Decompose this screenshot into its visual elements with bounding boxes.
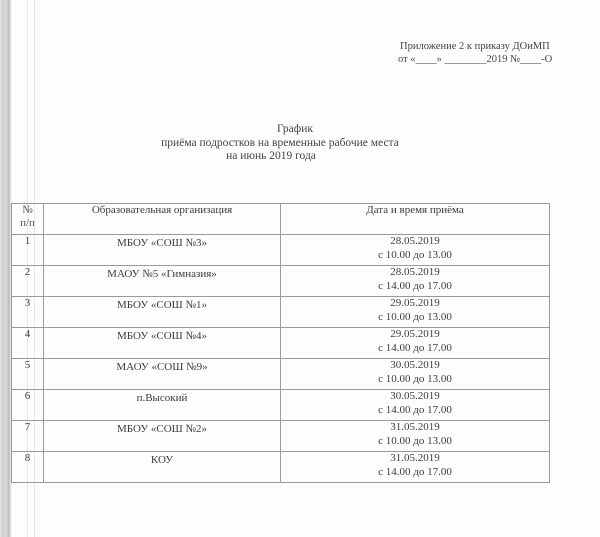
table-row: 1МБОУ «СОШ №3»28.05.2019с 10.00 до 13.00 xyxy=(12,235,550,266)
row-datetime: 30.05.2019с 14.00 до 17.00 xyxy=(281,390,550,421)
table-row: 4МБОУ «СОШ №4»29.05.2019с 14.00 до 17.00 xyxy=(12,328,550,359)
schedule-table: № п/п Образовательная организация Дата и… xyxy=(11,203,550,483)
title-line-3: на июнь 2019 года xyxy=(0,150,600,164)
row-number: 2 xyxy=(12,266,44,297)
row-time: с 14.00 до 17.00 xyxy=(281,280,549,294)
row-date: 28.05.2019 xyxy=(281,235,549,249)
row-datetime: 31.05.2019с 14.00 до 17.00 xyxy=(281,452,550,483)
header-number-line-2: п/п xyxy=(12,217,43,230)
row-datetime: 31.05.2019с 10.00 до 13.00 xyxy=(281,421,550,452)
row-number: 4 xyxy=(12,328,44,359)
appendix-line-1: Приложение 2 к приказу ДОиМП xyxy=(398,40,552,53)
document-title: График приёма подростков на временные ра… xyxy=(0,123,600,164)
row-organization: КОУ xyxy=(44,452,281,483)
row-organization: п.Высокий xyxy=(44,390,281,421)
row-number: 5 xyxy=(12,359,44,390)
table-row: 3МБОУ «СОШ №1»29.05.2019с 10.00 до 13.00 xyxy=(12,297,550,328)
table-row: 8КОУ31.05.2019с 14.00 до 17.00 xyxy=(12,452,550,483)
table-header-row: № п/п Образовательная организация Дата и… xyxy=(12,204,550,235)
row-date: 30.05.2019 xyxy=(281,359,549,373)
row-organization: МБОУ «СОШ №4» xyxy=(44,328,281,359)
row-date: 28.05.2019 xyxy=(281,266,549,280)
row-date: 31.05.2019 xyxy=(281,421,549,435)
row-time: с 10.00 до 13.00 xyxy=(281,373,549,387)
header-datetime: Дата и время приёма xyxy=(281,204,550,235)
row-organization: МБОУ «СОШ №1» xyxy=(44,297,281,328)
row-time: с 14.00 до 17.00 xyxy=(281,404,549,418)
row-organization: МБОУ «СОШ №3» xyxy=(44,235,281,266)
appendix-note: Приложение 2 к приказу ДОиМП от «____» _… xyxy=(398,40,552,66)
header-number: № п/п xyxy=(12,204,44,235)
row-number: 3 xyxy=(12,297,44,328)
row-number: 6 xyxy=(12,390,44,421)
row-organization: МАОУ №5 «Гимназия» xyxy=(44,266,281,297)
row-date: 29.05.2019 xyxy=(281,297,549,311)
row-time: с 10.00 до 13.00 xyxy=(281,311,549,325)
row-datetime: 30.05.2019с 10.00 до 13.00 xyxy=(281,359,550,390)
table-row: 5МАОУ «СОШ №9»30.05.2019с 10.00 до 13.00 xyxy=(12,359,550,390)
row-datetime: 28.05.2019с 14.00 до 17.00 xyxy=(281,266,550,297)
title-line-2: приёма подростков на временные рабочие м… xyxy=(0,137,600,151)
row-number: 7 xyxy=(12,421,44,452)
row-date: 31.05.2019 xyxy=(281,452,549,466)
row-number: 1 xyxy=(12,235,44,266)
table-row: 2МАОУ №5 «Гимназия»28.05.2019с 14.00 до … xyxy=(12,266,550,297)
row-date: 30.05.2019 xyxy=(281,390,549,404)
row-date: 29.05.2019 xyxy=(281,328,549,342)
row-time: с 10.00 до 13.00 xyxy=(281,249,549,263)
row-number: 8 xyxy=(12,452,44,483)
header-organization: Образовательная организация xyxy=(44,204,281,235)
row-datetime: 28.05.2019с 10.00 до 13.00 xyxy=(281,235,550,266)
title-line-1: График xyxy=(0,123,600,137)
row-time: с 10.00 до 13.00 xyxy=(281,435,549,449)
row-organization: МБОУ «СОШ №2» xyxy=(44,421,281,452)
table-row: 6п.Высокий30.05.2019с 14.00 до 17.00 xyxy=(12,390,550,421)
row-time: с 14.00 до 17.00 xyxy=(281,342,549,356)
row-time: с 14.00 до 17.00 xyxy=(281,466,549,480)
row-organization: МАОУ «СОШ №9» xyxy=(44,359,281,390)
appendix-line-2: от «____» ________2019 №____-О xyxy=(398,53,552,66)
row-datetime: 29.05.2019с 14.00 до 17.00 xyxy=(281,328,550,359)
table-row: 7МБОУ «СОШ №2»31.05.2019с 10.00 до 13.00 xyxy=(12,421,550,452)
header-number-line-1: № xyxy=(12,204,43,217)
row-datetime: 29.05.2019с 10.00 до 13.00 xyxy=(281,297,550,328)
